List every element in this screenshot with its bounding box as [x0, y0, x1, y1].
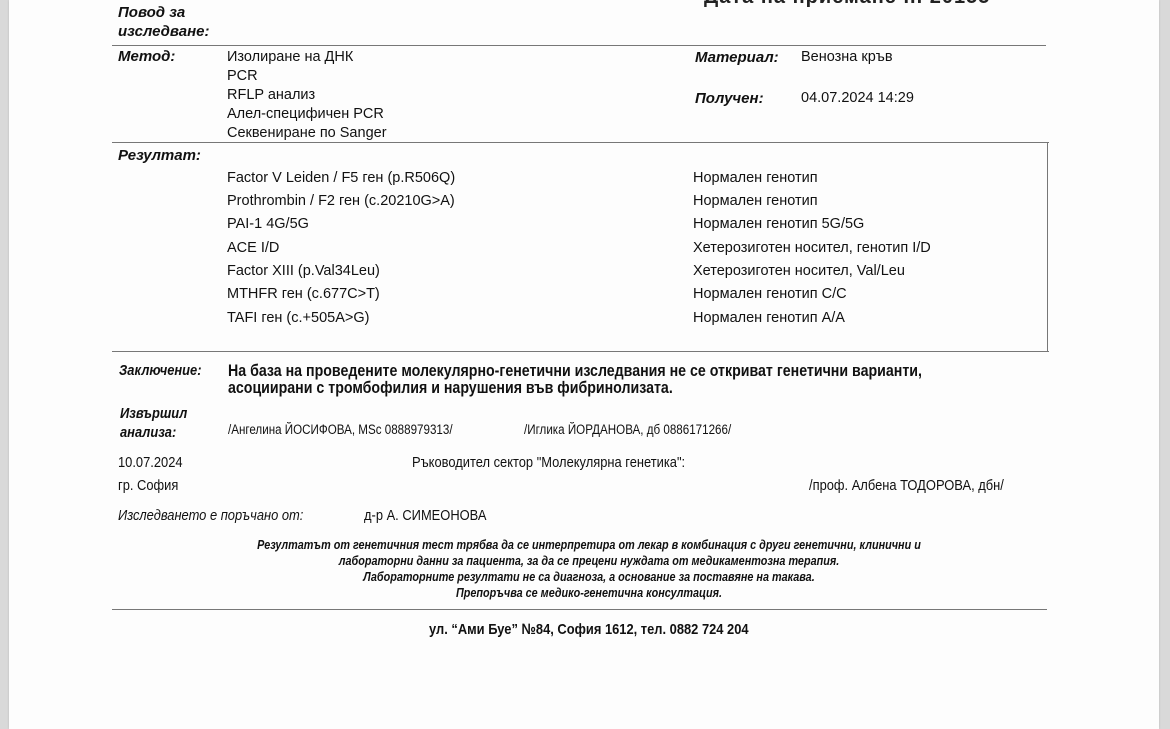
disclaimer-line: лабораторни данни за пациента, за да се … [211, 553, 968, 569]
performed-by-person2: /Иглика ЙОРДАНОВА, дб 0886171266/ [524, 422, 731, 437]
report-date: 10.07.2024 [118, 454, 183, 471]
ordered-by-value: д-р А. СИМЕОНОВА [364, 507, 486, 524]
result-genotype: Нормален генотип A/A [693, 310, 845, 326]
method-item: RFLP анализ [227, 87, 315, 103]
result-genotype: Нормален генотип 5G/5G [693, 216, 864, 232]
footer-divider [112, 609, 1047, 610]
reason-label-line2: изследване: [118, 23, 210, 40]
conclusion-text: На база на проведените молекулярно-генет… [228, 363, 1002, 397]
result-test-name: MTHFR ген (c.677C>T) [227, 286, 380, 302]
method-item: Секвениране по Sanger [227, 125, 387, 141]
divider-reason [112, 45, 1046, 46]
result-test-name: TAFI ген (c.+505A>G) [227, 310, 369, 326]
head-of-sector-name: /проф. Албена ТОДОРОВА, дбн/ [809, 477, 1004, 494]
head-of-sector-title: Ръководител сектор "Молекулярна генетика… [412, 454, 685, 471]
result-label: Резултат: [118, 147, 201, 164]
disclaimer: Резултатът от генетичния тест трябва да … [149, 537, 1029, 601]
report-city: гр. София [118, 477, 178, 494]
ordered-by-label: Изследването е поръчано от: [118, 507, 303, 524]
received-value: 04.07.2024 14:29 [801, 90, 914, 106]
material-label: Материал: [695, 49, 779, 66]
conclusion-label: Заключение: [119, 362, 202, 379]
result-genotype: Хетерозиготен носител, Val/Leu [693, 263, 905, 279]
result-test-name: PAI-1 4G/5G [227, 216, 309, 232]
result-test-name: Factor V Leiden / F5 ген (p.R506Q) [227, 170, 455, 186]
disclaimer-line: Лабораторните резултати не са диагноза, … [211, 569, 968, 585]
footer-address-text: ул. “Ами Буе” №84, София 1612, тел. 0882… [429, 621, 749, 638]
method-item: Алел-специфичен PCR [227, 106, 384, 122]
result-genotype: Хетерозиготен носител, генотип I/D [693, 240, 931, 256]
footer-address: ул. “Ами Буе” №84, София 1612, тел. 0882… [149, 621, 1029, 638]
performed-by-person1: /Ангелина ЙОСИФОВА, MSc 0888979313/ [228, 422, 453, 437]
disclaimer-line: Резултатът от генетичния тест трябва да … [211, 537, 968, 553]
method-item: Изолиране на ДНК [227, 49, 353, 65]
result-test-name: ACE I/D [227, 240, 279, 256]
result-genotype: Нормален генотип [693, 193, 818, 209]
result-box-right [1047, 142, 1048, 352]
performed-by-label-line1: Извършил [120, 405, 187, 422]
document-header-cutoff: Дата на приемане ... 20155 [704, 0, 990, 9]
result-test-name: Prothrombin / F2 ген (c.20210G>A) [227, 193, 455, 209]
method-item: PCR [227, 68, 258, 84]
document-page: Дата на приемане ... 20155 Повод за изсл… [9, 0, 1159, 729]
method-label: Метод: [118, 48, 175, 65]
result-genotype: Нормален генотип [693, 170, 818, 186]
result-test-name: Factor XIII (p.Val34Leu) [227, 263, 380, 279]
result-box-bottom [112, 351, 1049, 352]
received-label: Получен: [695, 90, 764, 107]
material-value: Венозна кръв [801, 49, 893, 65]
result-genotype: Нормален генотип C/C [693, 286, 847, 302]
performed-by-label-line2: анализа: [120, 424, 176, 441]
reason-label-line1: Повод за [118, 4, 185, 21]
result-box-top [112, 142, 1049, 143]
disclaimer-line: Препоръчва се медико-генетична консултац… [211, 585, 968, 601]
